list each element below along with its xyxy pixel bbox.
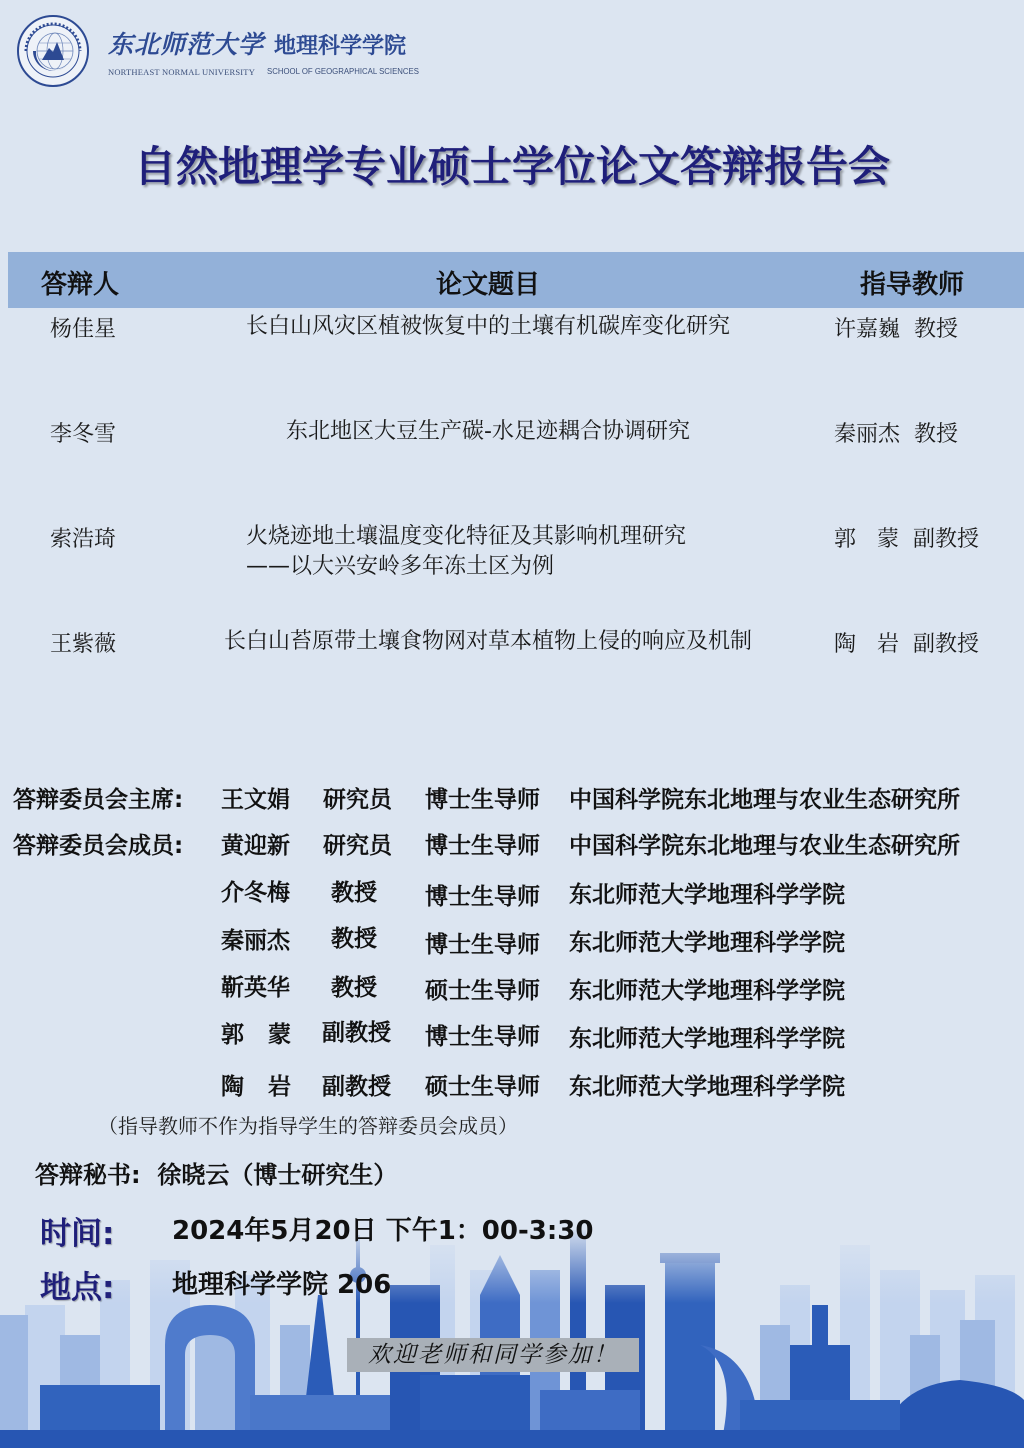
member-rank: 教授 (331, 969, 377, 1002)
university-seal-icon (16, 14, 90, 88)
chair-label: 答辩委员会主席: (13, 781, 183, 814)
city-skyline-illustration (0, 1225, 1024, 1448)
advisor-name: 陶 岩 副教授 (834, 627, 979, 658)
member-institution: 东北师范大学地理科学学院 (569, 924, 845, 957)
member-name: 王文娟 (221, 781, 290, 814)
student-name: 索浩琦 (50, 522, 116, 553)
school-name-en: SCHOOL OF GEOGRAPHICAL SCIENCES (267, 67, 419, 77)
school-name-cn: 地理科学学院 (274, 29, 406, 60)
member-label: 答辩委员会成员: (13, 827, 183, 860)
topic-line: 长白山风灾区植被恢复中的土壤有机碳库变化研究 (246, 314, 730, 339)
member-role: 博士生导师 (425, 827, 540, 860)
member-rank: 研究员 (323, 827, 392, 860)
header: 东北师范大学 地理科学学院 NORTHEAST NORMAL UNIVERSIT… (16, 14, 419, 88)
member-role: 博士生导师 (425, 1018, 540, 1051)
page-title: 自然地理学专业硕士学位论文答辩报告会 (0, 134, 1024, 194)
member-rank: 副教授 (322, 1068, 391, 1101)
topic-line: 火烧迹地土壤温度变化特征及其影响机理研究 (246, 522, 686, 552)
thesis-topic: 长白山风灾区植被恢复中的土壤有机碳库变化研究 (0, 312, 976, 342)
secretary-value: 徐晓云（博士研究生） (157, 1161, 397, 1189)
committee-note: （指导教师不作为指导学生的答辩委员会成员） (98, 1110, 518, 1139)
place-value: 地理科学学院 206 (172, 1264, 391, 1301)
brand-block: 东北师范大学 地理科学学院 NORTHEAST NORMAL UNIVERSIT… (108, 25, 419, 77)
member-name: 介冬梅 (221, 874, 290, 907)
topic-line: 东北地区大豆生产碳-水足迹耦合协调研究 (286, 419, 690, 444)
table-header: 答辩人 论文题目 指导教师 (8, 252, 1024, 308)
member-name: 黄迎新 (221, 827, 290, 860)
member-institution: 东北师范大学地理科学学院 (569, 1020, 845, 1053)
member-institution: 东北师范大学地理科学学院 (569, 1068, 845, 1101)
secretary-line: 答辩秘书: 徐晓云（博士研究生） (35, 1155, 397, 1190)
thesis-topic: 长白山苔原带土壤食物网对草本植物上侵的响应及机制 (0, 627, 976, 657)
member-role: 硕士生导师 (425, 972, 540, 1005)
member-rank: 教授 (331, 874, 377, 907)
member-rank: 教授 (331, 920, 377, 953)
member-name: 秦丽杰 (221, 922, 290, 955)
thesis-topic: 东北地区大豆生产碳-水足迹耦合协调研究 (0, 417, 976, 447)
university-name-cn: 东北师范大学 (108, 25, 264, 61)
time-value: 2024年5月20日 下午1：00-3:30 (172, 1210, 593, 1247)
member-institution: 东北师范大学地理科学学院 (569, 972, 845, 1005)
place-label: 地点: (40, 1262, 114, 1307)
advisor-name: 许嘉巍 教授 (834, 312, 958, 343)
member-name: 陶 岩 (221, 1068, 291, 1101)
advisor-name: 秦丽杰 教授 (834, 417, 958, 448)
time-label: 时间: (40, 1208, 114, 1253)
member-rank: 研究员 (323, 781, 392, 814)
advisor-name: 郭 蒙 副教授 (834, 522, 979, 553)
thesis-topic: 火烧迹地土壤温度变化特征及其影响机理研究 ——以大兴安岭多年冻土区为例 (246, 522, 686, 582)
member-institution: 中国科学院东北地理与农业生态研究所 (569, 781, 960, 814)
member-role: 博士生导师 (425, 926, 540, 959)
university-name-en: NORTHEAST NORMAL UNIVERSITY (108, 67, 255, 77)
secretary-label: 答辩秘书: (35, 1161, 141, 1189)
topic-subtitle: ——以大兴安岭多年冻土区为例 (246, 552, 686, 582)
topic-line: 长白山苔原带土壤食物网对草本植物上侵的响应及机制 (224, 629, 752, 654)
member-name: 郭 蒙 (221, 1016, 291, 1049)
member-role: 博士生导师 (425, 878, 540, 911)
member-role: 博士生导师 (425, 781, 540, 814)
welcome-banner: 欢迎老师和同学参加！ (347, 1338, 639, 1372)
member-institution: 中国科学院东北地理与农业生态研究所 (569, 827, 960, 860)
member-institution: 东北师范大学地理科学学院 (569, 876, 845, 909)
member-rank: 副教授 (322, 1014, 391, 1047)
member-name: 靳英华 (221, 969, 290, 1002)
column-header-advisor: 指导教师 (860, 264, 964, 301)
column-header-topic: 论文题目 (8, 264, 968, 301)
member-role: 硕士生导师 (425, 1068, 540, 1101)
